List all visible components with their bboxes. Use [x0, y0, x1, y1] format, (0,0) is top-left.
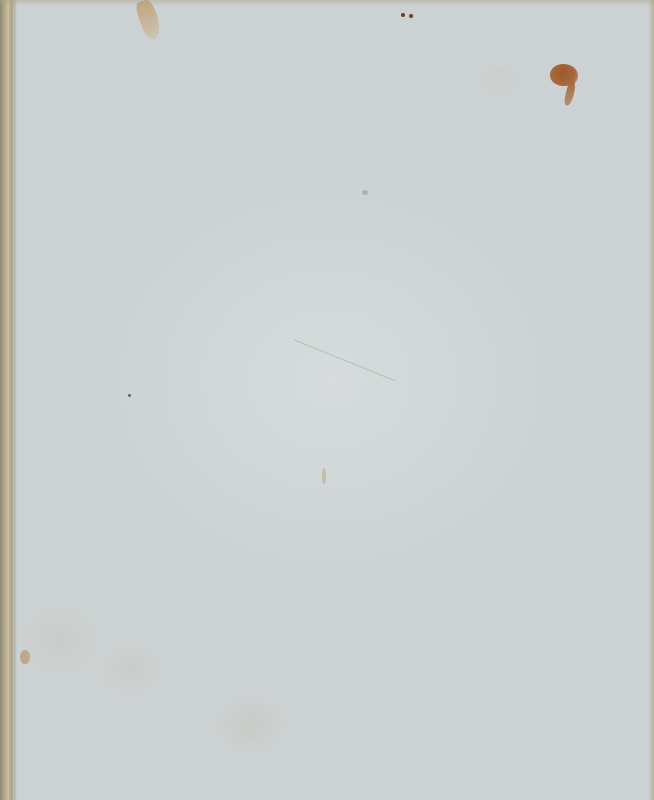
top-edge	[0, 0, 654, 6]
speck	[409, 14, 413, 18]
speck	[128, 394, 131, 397]
book-spine	[0, 0, 14, 800]
speck	[401, 13, 405, 17]
right-edge	[648, 0, 654, 800]
scratch	[294, 339, 396, 381]
speck	[322, 468, 326, 484]
speck	[362, 190, 368, 195]
spine-edge	[14, 0, 17, 800]
book-cover	[0, 0, 654, 800]
streak-stain	[134, 0, 163, 42]
edge-stain	[20, 650, 30, 664]
